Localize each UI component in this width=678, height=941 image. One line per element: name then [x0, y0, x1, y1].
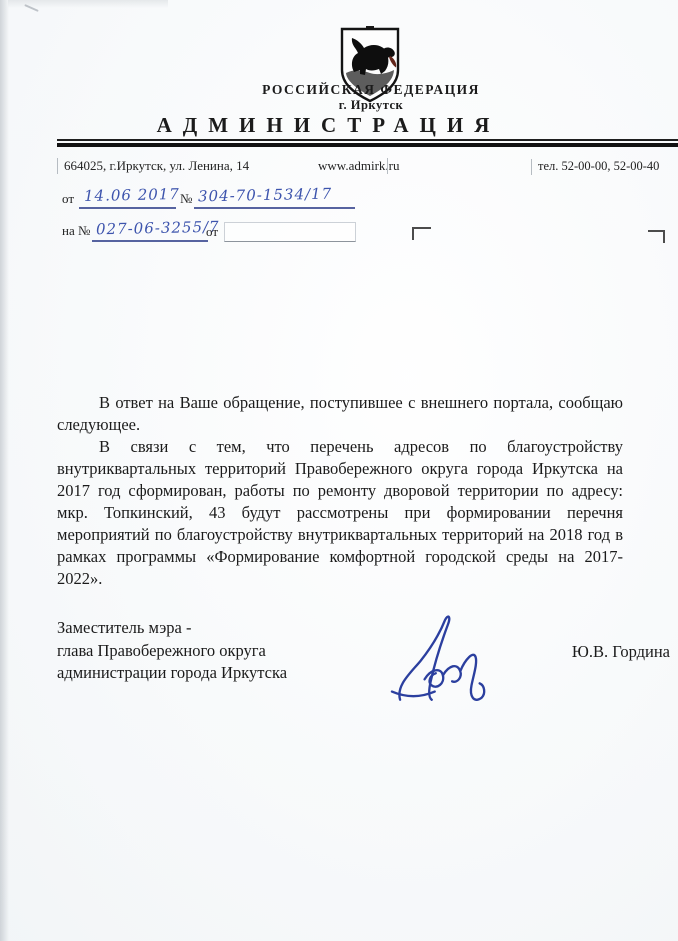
ref-number-underline: [194, 207, 355, 209]
handwritten-signature: [383, 612, 511, 714]
reply-number-label: на №: [62, 223, 90, 239]
signer-title-line-3: администрации города Иркутска: [57, 662, 387, 685]
reply-from-label: от: [206, 224, 218, 240]
phone-line: тел. 52-00-00, 52-00-40: [538, 159, 659, 174]
ref-from-label: от: [62, 191, 74, 207]
addressee-corner-right: [648, 230, 665, 243]
ref-date-handwritten: 14.06 2017: [84, 185, 180, 205]
body-paragraph-2: В связи с тем, что перечень адресов по б…: [57, 436, 623, 590]
body-paragraph-1: В ответ на Ваше обращение, поступившее с…: [57, 392, 623, 436]
ref-number-handwritten: 304-70-1534/17: [198, 185, 333, 206]
reply-number-underline: [92, 240, 208, 242]
signer-title-line-2: глава Правобережного округа: [57, 640, 387, 663]
reply-number-handwritten: 027-06-3255/7: [96, 218, 220, 239]
administration-title: АДМИНИСТРАЦИЯ: [57, 113, 589, 138]
city-line: г. Иркутск: [64, 98, 678, 113]
signer-title-line-1: Заместитель мэра -: [57, 617, 387, 640]
ref-date-underline: [79, 207, 176, 209]
separator-tick: [57, 158, 58, 174]
ref-number-label: №: [180, 191, 192, 207]
separator-tick: [531, 159, 532, 175]
reply-date-blank-field: [224, 222, 356, 242]
scanned-letter-page: РОССИЙСКАЯ ФЕДЕРАЦИЯ г. Иркутск АДМИНИСТ…: [0, 0, 678, 941]
address-line: 664025, г.Иркутск, ул. Ленина, 14: [64, 158, 249, 174]
separator-tick: [387, 158, 388, 174]
letter-body: В ответ на Ваше обращение, поступившее с…: [57, 392, 623, 590]
header-rule: [57, 139, 678, 147]
signer-name: Ю.В. Гордина: [540, 642, 670, 662]
signer-title: Заместитель мэра - глава Правобережного …: [57, 617, 387, 685]
scan-edge-shadow: [0, 0, 9, 941]
country-line: РОССИЙСКАЯ ФЕДЕРАЦИЯ: [64, 82, 678, 98]
addressee-corner-left: [412, 227, 431, 240]
